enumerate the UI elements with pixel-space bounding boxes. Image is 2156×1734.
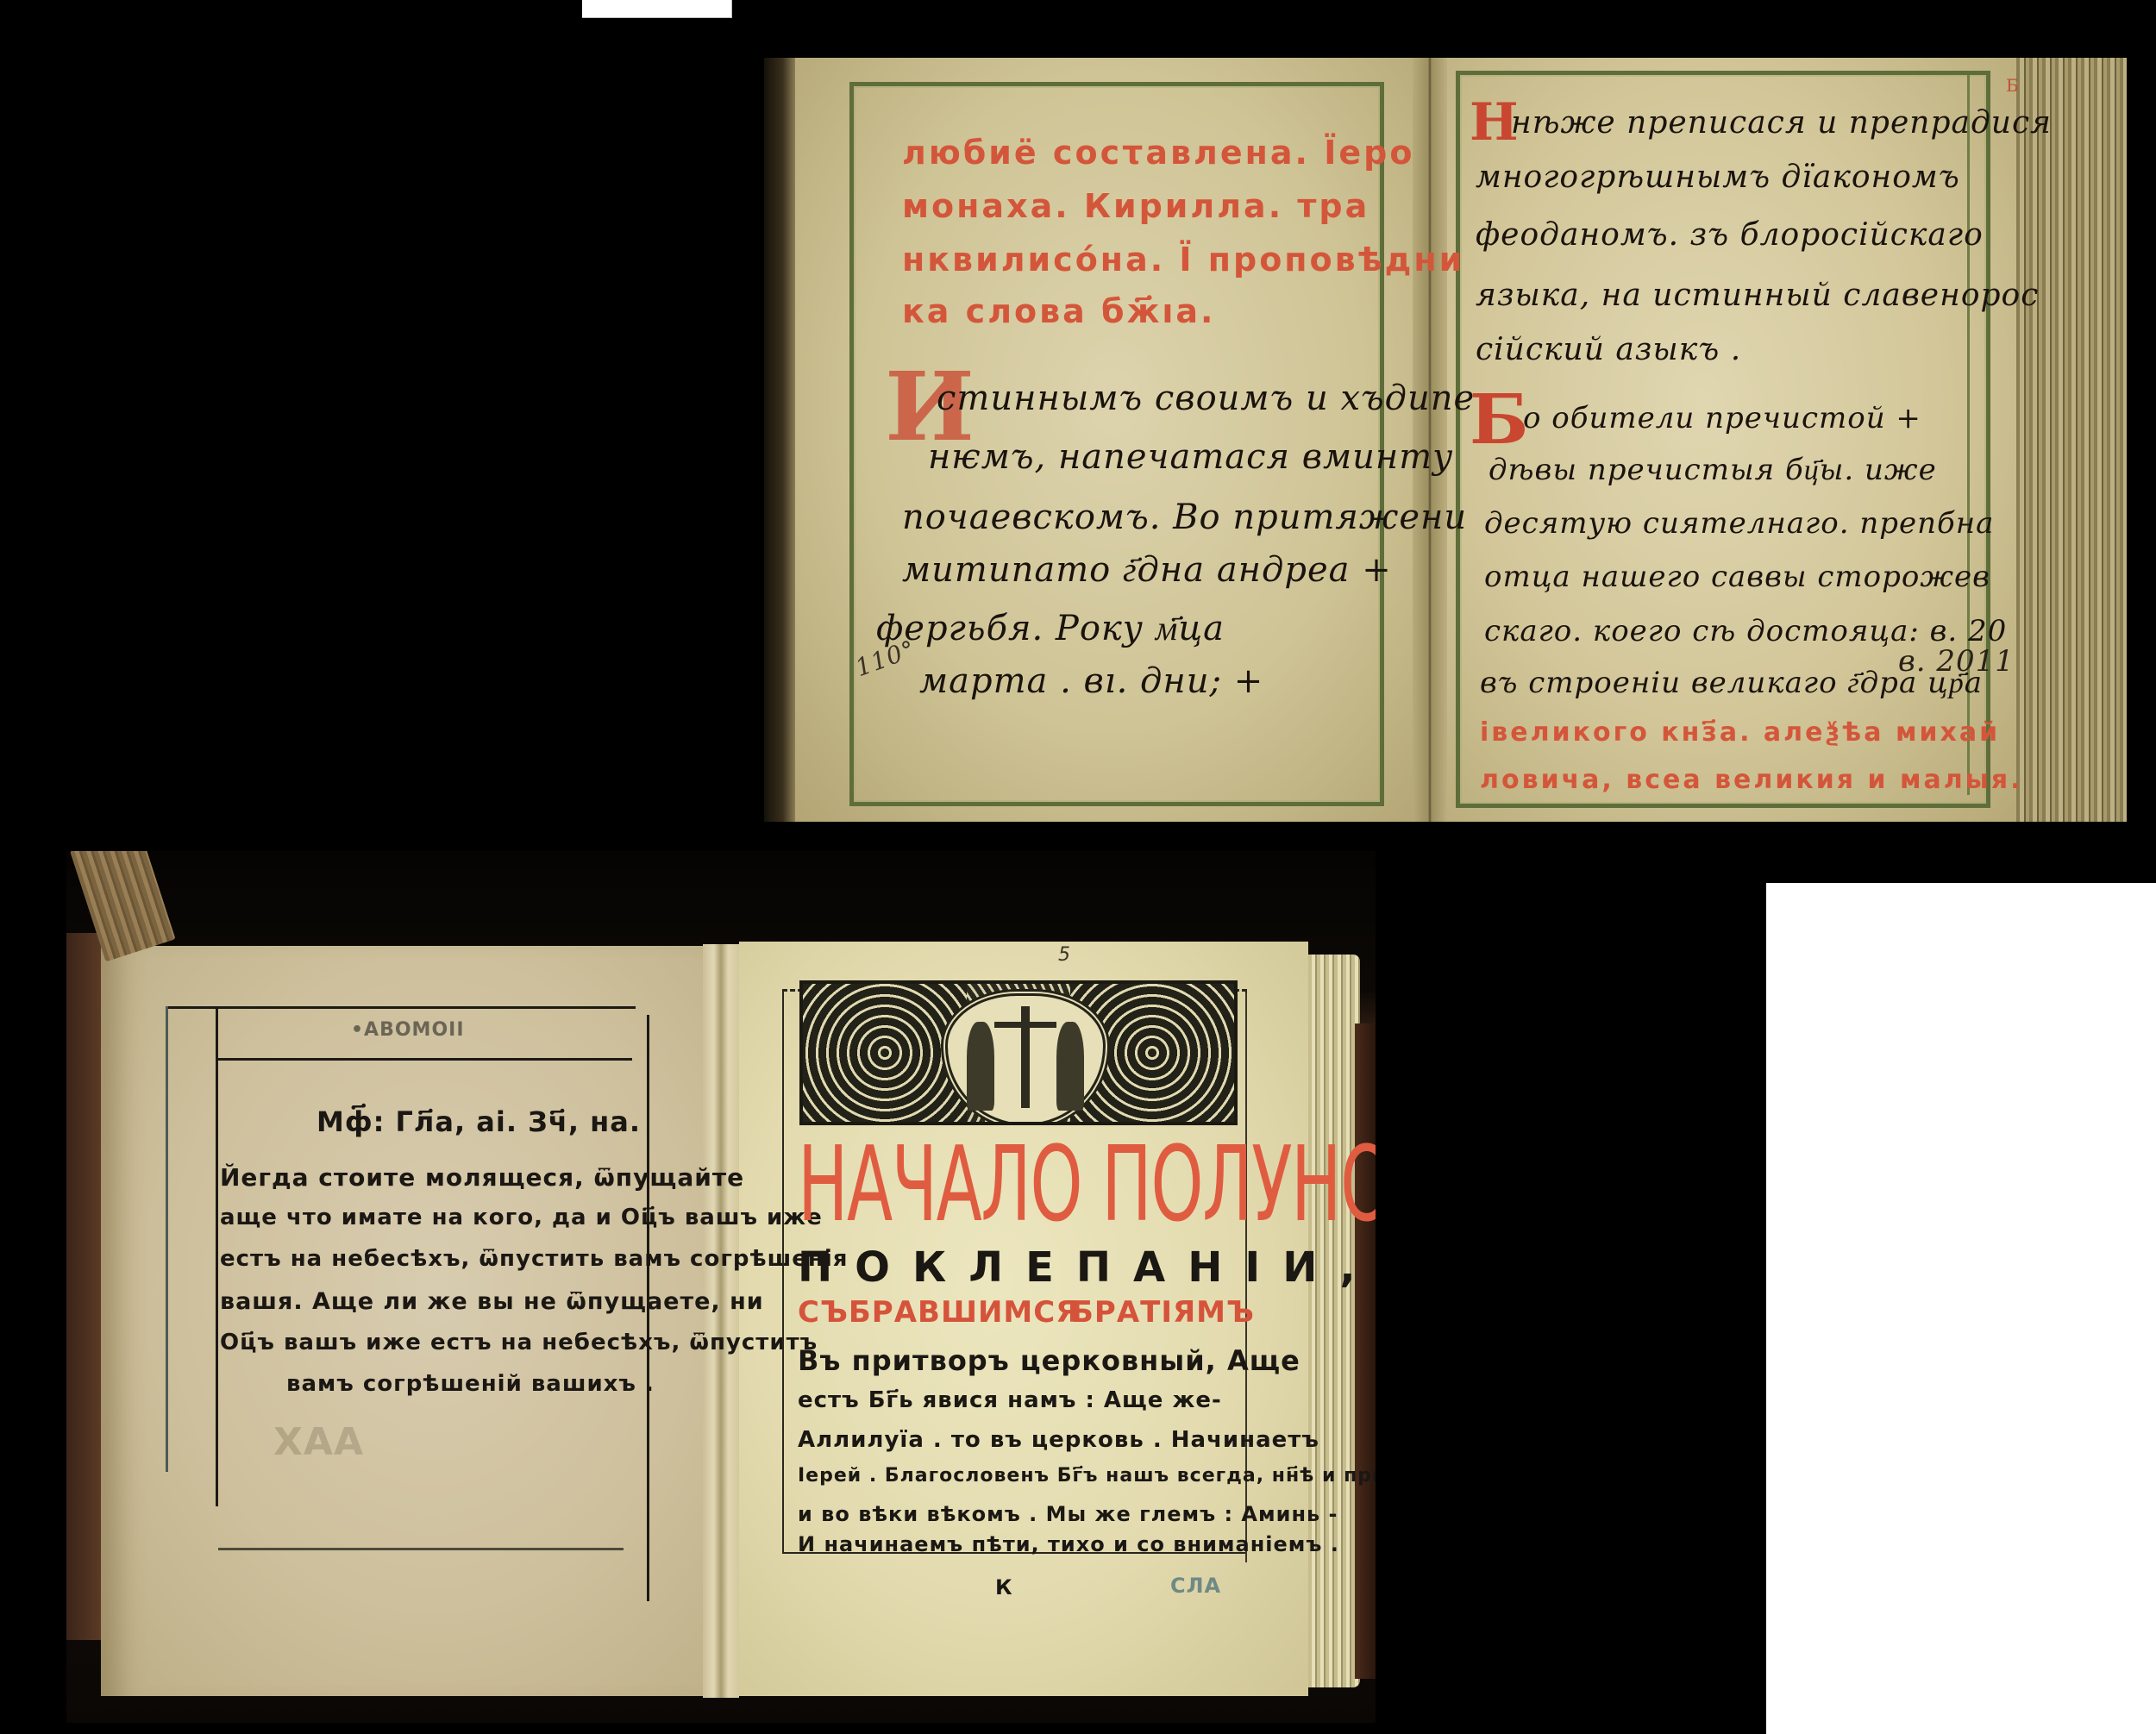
left-page-outer-rule — [166, 1006, 636, 1009]
cross-icon — [994, 1022, 1056, 1028]
printed-line: И начинаемъ пѣти, тихо и со вниманіемъ . — [798, 1532, 1339, 1556]
page-edges — [1308, 955, 1360, 1687]
catchword: СЛА — [1170, 1574, 1221, 1598]
printed-line: естъ Бг҃ь явися намъ : Аще же- — [798, 1387, 1222, 1413]
book-cover-right — [1355, 1023, 1376, 1679]
printed-line: Йегда стоите молящеся, ѿпущайте — [220, 1163, 744, 1192]
printer-signature: К — [995, 1575, 1013, 1599]
left-page-bottom-rule — [218, 1548, 624, 1550]
left-page-vertical-rule — [166, 1006, 168, 1472]
manuscript-line: митипато г҃дна андреа + — [902, 549, 1392, 590]
book-gutter — [703, 944, 739, 1698]
manuscript-line: марта . вı. дни; + — [919, 661, 1263, 701]
woodcut-headpiece — [799, 980, 1238, 1125]
printed-line: аще что имате на кого, да и Оц҃ъ вашъ иж… — [220, 1205, 823, 1230]
left-page-header-rule — [218, 1058, 632, 1061]
title-red: НАЧАЛО ПОЛУНОЩНИЦИ — [798, 1125, 1376, 1245]
printed-line: Въ притворъ церковный, Аще — [798, 1344, 1300, 1377]
manuscript-photo: любиё сосτавлена. Їеро монаха. Кирилла. … — [764, 58, 2127, 822]
printed-line: Іерей . Благословенъ Бг҃ъ нашъ всегда, н… — [798, 1465, 1376, 1487]
manuscript-line: дѣвы пречистыя бц҃ы. иже — [1489, 453, 1937, 487]
white-block-top — [582, 0, 732, 18]
manuscript-line: фергьбя. Року м҃ца — [876, 608, 1225, 648]
red-heading-line: любиё сосτавлена. Їеро — [902, 134, 1414, 172]
printed-line: Аллилуїа . то въ церковь . Начинаетъ — [798, 1427, 1319, 1453]
printed-line: и во вѣки вѣкомъ . Мы же глемъ : Аминь - — [798, 1502, 1338, 1526]
figure-icon — [1056, 1022, 1084, 1111]
manuscript-line: о обители пречистой + — [1523, 401, 1921, 435]
printed-line: Оц҃ъ вашъ иже естъ на небесѣхъ, ѿпуститъ — [220, 1330, 818, 1355]
manuscript-line: стиннымъ своимъ и хъдипе — [937, 379, 1475, 418]
red-manuscript-line: івеликого кнз҃а. алеѯѣа михай — [1480, 717, 2000, 748]
manuscript-line: нѣже преписася и препрадися — [1511, 105, 2052, 141]
red-initial: Б — [1470, 379, 1529, 460]
left-page-vertical-rule — [216, 1006, 218, 1506]
book-cover-left — [66, 933, 101, 1640]
scripture-reference: Мф҃: Гл҃а, аі. Зч҃, на. — [317, 1105, 641, 1138]
manuscript-line: нѥмъ, напечатася вминту — [928, 437, 1453, 477]
page-edges — [2016, 58, 2127, 822]
printed-line: естъ на небесѣхъ, ѿпустить вамъ согрѣшен… — [220, 1246, 848, 1272]
printed-line: вашя. Аще ли же вы не ѿпущаете, ни — [220, 1288, 764, 1315]
red-heading-line: ка слова бж҃ıа. — [902, 292, 1216, 330]
title-black: ПОКЛЕПАНІИ, — [798, 1243, 1376, 1292]
red-heading-line: монаха. Кирилла. тра — [902, 187, 1369, 225]
figure-icon — [967, 1022, 994, 1111]
subtitle-red: СЪБРАВШИМСЯ — [798, 1295, 1079, 1330]
printed-book-photo: •АВОМОІІ Мф҃: Гл҃а, аі. Зч҃, на. Йегда с… — [66, 851, 1376, 1723]
running-header: •АВОМОІІ — [351, 1019, 465, 1041]
subtitle-red: БРАТІЯМЪ — [1071, 1295, 1255, 1330]
pencil-annotation: в. 2011 — [1898, 644, 2015, 679]
show-through-text: ХАА — [273, 1420, 364, 1464]
manuscript-line: сійский азыкъ . — [1476, 332, 1741, 367]
crucifixion-medallion — [941, 989, 1110, 1125]
red-manuscript-line: ловича, всеа великия и малыя. — [1480, 765, 2022, 795]
manuscript-line: скаго. коего сѣ достояца: в. 20 — [1484, 614, 2007, 648]
manuscript-line: почаевскомъ. Во притяжени — [902, 498, 1467, 537]
book-spine — [764, 58, 795, 822]
printed-line: вамъ согрѣшеній вашихъ . — [286, 1371, 655, 1397]
margin-letter: Б — [2006, 75, 2020, 96]
white-block-bottom-right — [1766, 883, 2156, 1734]
manuscript-line: десятую сиятелнаго. препбна — [1484, 506, 1994, 541]
manuscript-line: отца нашего саввы сторожев — [1484, 560, 1990, 594]
manuscript-line: многогрѣшнымъ дїакономъ — [1476, 160, 1960, 195]
page-mark: 5 — [1058, 944, 1071, 966]
manuscript-line: языка, на истинный славенорос — [1476, 278, 2039, 313]
manuscript-line: феоданомъ. зъ блоросійскаго — [1476, 217, 1984, 253]
red-heading-line: нквилисо́на. Ї проповѣдни — [902, 241, 1464, 279]
